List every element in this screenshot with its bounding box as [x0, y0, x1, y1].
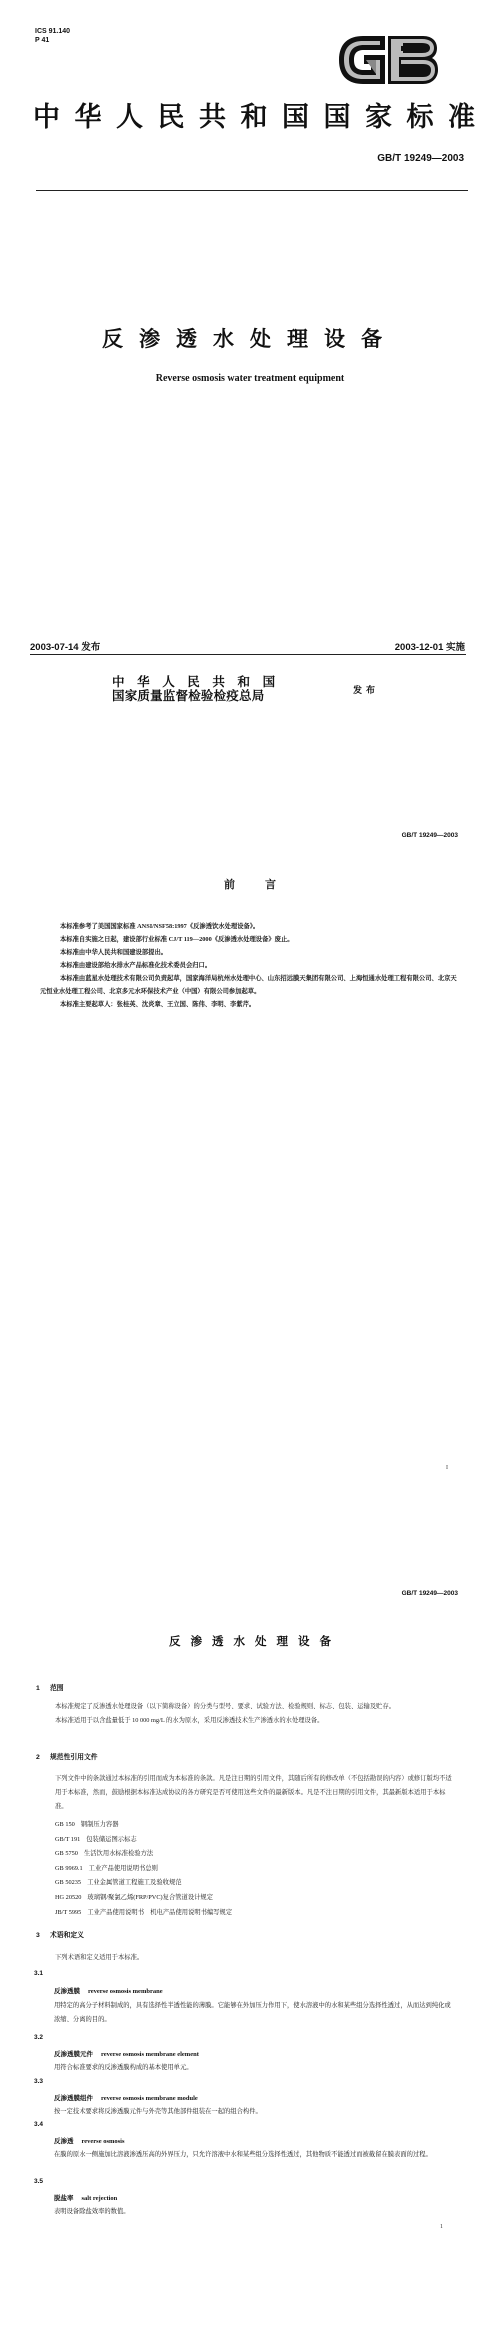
ccs-code: P 41	[35, 36, 70, 45]
section-title: 规范性引用文件	[50, 1754, 98, 1761]
section-heading-1: 1范围	[36, 1682, 64, 1692]
section-1-body: 本标准规定了反渗透水处理设备（以下简称设备）的分类与型号、要求、试验方法、检验规…	[36, 1700, 456, 1728]
issuing-authority: 中华人民共和国 国家质量监督检验检疫总局	[112, 675, 288, 703]
section-2-body: 下列文件中的条款通过本标准的引用而成为本标准的条款。凡是注日期的引用文件，其随后…	[36, 1772, 456, 1813]
paragraph: 下列文件中的条款通过本标准的引用而成为本标准的条款。凡是注日期的引用文件，其随后…	[36, 1772, 456, 1813]
reference-code: GB 9969.1	[55, 1862, 83, 1877]
term-definition: 表明设备除盐效率的数值。	[36, 2205, 456, 2219]
paragraph: 本标准由建设部给水排水产品标准化技术委员会归口。	[40, 959, 460, 972]
reference-title: 包装储运图示标志	[86, 1836, 136, 1843]
term-heading: 脱盐率salt rejection	[54, 2193, 117, 2202]
section-number: 3	[36, 1932, 50, 1939]
ics-code: ICS 91.140	[35, 27, 70, 36]
foreword-title: 前言	[0, 876, 500, 892]
document-title-cn: 反渗透水处理设备	[0, 328, 500, 352]
issuer-line-2: 国家质量监督检验检疫总局	[112, 689, 288, 703]
page-number: 1	[440, 2224, 443, 2230]
body-title: 反渗透水处理设备	[0, 1633, 500, 1649]
reference-title: 工业产品使用说明书总则	[89, 1865, 158, 1872]
term-cn: 脱盐率	[54, 2195, 74, 2202]
term-cn: 反渗透膜	[54, 1988, 80, 1995]
section-number: 2	[36, 1754, 50, 1761]
reference-title: 玻璃钢/聚氯乙烯(FRP/PVC)复合管道设计规定	[87, 1894, 213, 1901]
issue-date: 2003-07-14 发布	[30, 639, 100, 653]
standard-number: GB/T 19249—2003	[377, 153, 464, 164]
reference-title: 工业产品使用说明书 机电产品使用说明书编写规定	[87, 1909, 232, 1916]
section-3-intro: 下列术语和定义适用于本标准。	[36, 1951, 456, 1965]
term-definition: 按一定技术要求将反渗透膜元件与外壳等其他部件组装在一起的组合构件。	[36, 2105, 456, 2119]
term-definition: 用特定的高分子材料制成的，具有选择性半透性能的薄膜。它能够在外加压力作用下，使水…	[36, 1999, 456, 2027]
reference-title: 生活饮用水标准检验方法	[84, 1850, 153, 1857]
document-title-en: Reverse osmosis water treatment equipmen…	[0, 373, 500, 384]
term-heading: 反渗透膜元件reverse osmosis membrane element	[54, 2049, 199, 2058]
term-definition: 用符合标准要求的反渗透膜构成的基本使用单元。	[36, 2061, 456, 2075]
page-number: I	[446, 1465, 448, 1471]
reference-code: HG 20520	[55, 1891, 81, 1906]
clause-number: 3.3	[34, 2078, 43, 2085]
national-standard-title: 中华人民共和国国家标准	[33, 100, 473, 134]
reference-item: GB 9969.1工业产品使用说明书总则	[55, 1862, 232, 1877]
term-heading: 反渗透reverse osmosis	[54, 2136, 125, 2145]
gb-logo-icon	[335, 33, 441, 87]
reference-code: JB/T 5995	[55, 1906, 81, 1921]
clause-number: 3.4	[34, 2121, 43, 2128]
reference-title: 钢制压力容器	[81, 1821, 119, 1828]
paragraph: 本标准由蓝星水处理技术有限公司负责起草，国家海洋局杭州水处理中心、山东招远膜天集…	[40, 972, 460, 998]
reference-code: GB 50235	[55, 1876, 81, 1891]
foreword-body: 本标准参考了美国国家标准 ANSI/NSF58:1997《反渗透饮水处理设备》。…	[40, 920, 460, 1011]
clause-number: 3.5	[34, 2178, 43, 2185]
term-cn: 反渗透	[54, 2138, 74, 2145]
implementation-date: 2003-12-01 实施	[395, 639, 465, 653]
reference-item: GB/T 191包装储运图示标志	[55, 1833, 232, 1848]
paragraph: 本标准由中华人民共和国建设部提出。	[40, 946, 460, 959]
reference-code: GB/T 191	[55, 1833, 80, 1848]
term-en: reverse osmosis membrane	[88, 1988, 163, 1995]
divider-line	[36, 190, 468, 191]
reference-item: GB 5750生活饮用水标准检验方法	[55, 1847, 232, 1862]
section-number: 1	[36, 1685, 50, 1692]
section-title: 术语和定义	[50, 1932, 84, 1939]
section-heading-3: 3术语和定义	[36, 1929, 84, 1939]
issuer-line-1: 中华人民共和国	[112, 675, 288, 689]
issue-label: 发布	[353, 683, 379, 696]
paragraph: 下列术语和定义适用于本标准。	[36, 1951, 456, 1965]
term-en: reverse osmosis membrane element	[101, 2051, 199, 2058]
clause-number: 3.1	[34, 1970, 43, 1977]
term-en: reverse osmosis membrane module	[101, 2095, 198, 2102]
running-header: GB/T 19249—2003	[402, 1590, 458, 1597]
term-en: salt rejection	[82, 2195, 118, 2202]
reference-item: GB 150钢制压力容器	[55, 1818, 232, 1833]
paragraph: 本标准规定了反渗透水处理设备（以下简称设备）的分类与型号、要求、试验方法、检验规…	[36, 1700, 456, 1714]
reference-item: HG 20520玻璃钢/聚氯乙烯(FRP/PVC)复合管道设计规定	[55, 1891, 232, 1906]
term-en: reverse osmosis	[82, 2138, 125, 2145]
paragraph: 本标准参考了美国国家标准 ANSI/NSF58:1997《反渗透饮水处理设备》。	[40, 920, 460, 933]
section-heading-2: 2规范性引用文件	[36, 1751, 98, 1761]
reference-item: GB 50235工业金属管道工程施工及验收规范	[55, 1876, 232, 1891]
running-header: GB/T 19249—2003	[402, 832, 458, 839]
section-title: 范围	[50, 1685, 64, 1692]
paragraph: 本标准适用于以含盐量低于 10 000 mg/L 的水为原水，采用反渗透技术生产…	[36, 1714, 456, 1728]
term-definition: 在膜的原水一侧施加比溶液渗透压高的外界压力，只允许溶液中水和某些组分选择性透过，…	[36, 2148, 456, 2162]
reference-code: GB 5750	[55, 1847, 78, 1862]
paragraph: 本标准自实施之日起，建设部行业标准 CJ/T 119—2000《反渗透水处理设备…	[40, 933, 460, 946]
term-cn: 反渗透膜元件	[54, 2051, 93, 2058]
classification-codes: ICS 91.140 P 41	[35, 27, 70, 45]
reference-item: JB/T 5995工业产品使用说明书 机电产品使用说明书编写规定	[55, 1906, 232, 1921]
reference-code: GB 150	[55, 1818, 75, 1833]
paragraph: 本标准主要起草人：张桂英、沈炎章、王立国、陈伟、李明、李紫芹。	[40, 998, 460, 1011]
term-cn: 反渗透膜组件	[54, 2095, 93, 2102]
reference-title: 工业金属管道工程施工及验收规范	[87, 1879, 181, 1886]
divider-line	[30, 654, 466, 655]
term-heading: 反渗透膜组件reverse osmosis membrane module	[54, 2093, 198, 2102]
term-heading: 反渗透膜reverse osmosis membrane	[54, 1986, 163, 1995]
normative-references-list: GB 150钢制压力容器 GB/T 191包装储运图示标志 GB 5750生活饮…	[55, 1818, 232, 1920]
clause-number: 3.2	[34, 2034, 43, 2041]
